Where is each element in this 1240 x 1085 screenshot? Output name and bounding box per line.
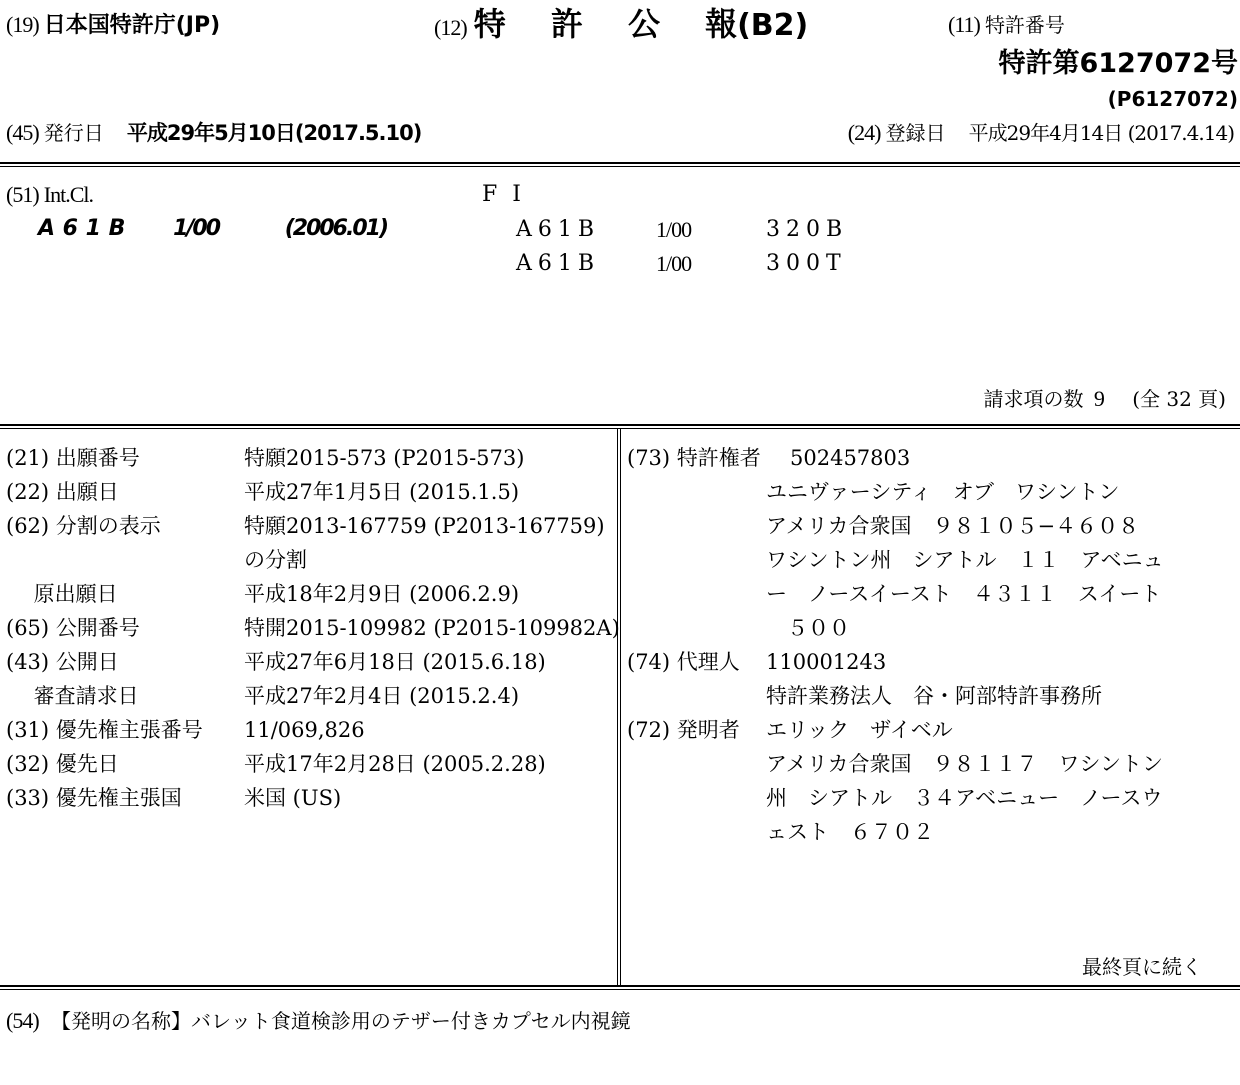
intcl-heading: (51) Int.Cl. [6, 180, 93, 210]
patentee-line: ー ノースイースト ４３１１ スイート [766, 577, 1161, 611]
doc-type-code: (12) [434, 15, 467, 40]
biblio-label: (21) 出願番号 [6, 441, 140, 475]
patentee-line: ワシントン州 シアトル １１ アベニュ [766, 543, 1164, 577]
doc-type-char-1: 特 [474, 5, 506, 43]
biblio-value: 平成27年1月5日 (2015.1.5) [244, 475, 519, 509]
biblio-label: (22) 出願日 [6, 475, 119, 509]
pages-count: (全 32 頁) [1132, 387, 1226, 411]
column-divider [617, 428, 621, 985]
biblio-value: 平成27年6月18日 (2015.6.18) [244, 645, 546, 679]
intcl-label: Int.Cl. [44, 182, 93, 207]
biblio-value: 平成27年2月4日 (2015.2.4) [244, 679, 519, 713]
patent-number-label-line: (11) 特許番号 [948, 8, 1065, 42]
intcl-class: A 6 1 B [38, 216, 125, 241]
patentee-id: 502457803 [790, 441, 910, 475]
issue-date: 平成29年5月10日(2017.5.10) [127, 121, 422, 145]
title-code: (54) [6, 1008, 39, 1033]
intcl-group: 1/00 [173, 216, 219, 241]
registration-date: 平成29年4月14日 (2017.4.14) [969, 121, 1234, 145]
fi-code: 320B [766, 214, 848, 246]
biblio-label: (62) 分割の表示 [6, 509, 161, 543]
biblio-label: 原出願日 [6, 577, 118, 611]
continued-note: 最終頁に続く [1082, 950, 1202, 984]
office-name: 日本国特許庁(JP) [44, 13, 220, 38]
inventor-line: 州 シアトル ３４アベニュー ノースウ [766, 781, 1162, 815]
claims-summary: 請求項の数 9 (全 32 頁) [984, 384, 1227, 414]
inventor-line: アメリカ合衆国 ９８１１７ ワシントン [766, 747, 1163, 781]
fi-class: A61B [516, 251, 600, 276]
registration-date-code: (24) [848, 120, 881, 145]
fi-group: 1/00 [656, 214, 691, 246]
issue-date-label: 発行日 [44, 121, 104, 145]
patent-number-label: 特許番号 [985, 13, 1065, 37]
patentee-line: アメリカ合衆国 ９８１０５−４６０８ [766, 509, 1139, 543]
invention-title: (54) 【発明の名称】バレット食道検診用のテザー付きカプセル内視鏡 [6, 1004, 631, 1038]
biblio-value: 11/069,826 [244, 713, 365, 747]
biblio-value: 特願2013-167759 (P2013-167759) [244, 509, 605, 543]
agent-id: 110001243 [766, 645, 886, 679]
registration-date-label: 登録日 [886, 121, 946, 145]
inventor-name: エリック ザイベル [766, 713, 953, 747]
biblio-label: (33) 優先権主張国 [6, 781, 182, 815]
issue-date-code: (45) [6, 120, 39, 145]
doc-kind: (B2) [737, 8, 808, 43]
inventor-line: ェスト ６７０２ [766, 815, 934, 849]
divider-top [0, 162, 1240, 167]
fi-code: 300T [766, 248, 847, 280]
issue-date-line: (45) 発行日 平成29年5月10日(2017.5.10) [6, 116, 421, 150]
patent-number: 特許第6127072号 [998, 46, 1238, 82]
registration-date-line: (24) 登録日 平成29年4月14日 (2017.4.14) [848, 116, 1234, 150]
fi-heading: F I [482, 180, 525, 210]
biblio-label: (43) 公開日 [6, 645, 119, 679]
biblio-label: (31) 優先権主張番号 [6, 713, 203, 747]
title-label: 【発明の名称】 [51, 1009, 191, 1033]
fi-entry: A61B 1/00 300T [516, 248, 600, 280]
office-code: (19) [6, 12, 39, 37]
title-text: バレット食道検診用のテザー付きカプセル内視鏡 [191, 1009, 631, 1033]
biblio-value: 平成17年2月28日 (2005.2.28) [244, 747, 546, 781]
biblio-label: (32) 優先日 [6, 747, 119, 781]
biblio-label: (65) 公開番号 [6, 611, 140, 645]
office-line: (19) 日本国特許庁(JP) [6, 8, 220, 42]
inventor-label: (72) 発明者 [627, 713, 740, 747]
patent-number-alt: (P6127072) [1108, 86, 1238, 112]
intcl-entry: A 6 1 B 1/00 (2006.01) [38, 214, 387, 244]
intcl-version: (2006.01) [285, 216, 387, 241]
patentee-line: ５００ [766, 611, 850, 645]
fi-class: A61B [516, 217, 600, 242]
fi-group: 1/00 [656, 248, 691, 280]
patentee-label: (73) 特許権者 [627, 441, 761, 475]
biblio-value: の分割 [244, 543, 307, 577]
doc-type-char-2: 許 [551, 5, 583, 43]
doc-type-char-4: 報 [705, 5, 737, 43]
biblio-label: 審査請求日 [6, 679, 139, 713]
biblio-value: 平成18年2月9日 (2006.2.9) [244, 577, 519, 611]
fi-entry: A61B 1/00 320B [516, 214, 600, 246]
claims-count: 9 [1094, 386, 1104, 411]
doc-type: (12) 特 許 公 報(B2) [434, 2, 808, 46]
patent-number-code: (11) [948, 12, 980, 37]
agent-line: 特許業務法人 谷・阿部特許事務所 [766, 679, 1102, 713]
claims-label: 請求項の数 [984, 387, 1084, 411]
biblio-value: 米国 (US) [244, 781, 341, 815]
biblio-value: 特願2015-573 (P2015-573) [244, 441, 524, 475]
doc-type-char-3: 公 [628, 5, 660, 43]
divider-bottom [0, 985, 1240, 990]
agent-label: (74) 代理人 [627, 645, 740, 679]
biblio-value: 特開2015-109982 (P2015-109982A) [244, 611, 620, 645]
patentee-line: ユニヴァーシティ オブ ワシントン [766, 475, 1120, 509]
intcl-code: (51) [6, 182, 39, 207]
